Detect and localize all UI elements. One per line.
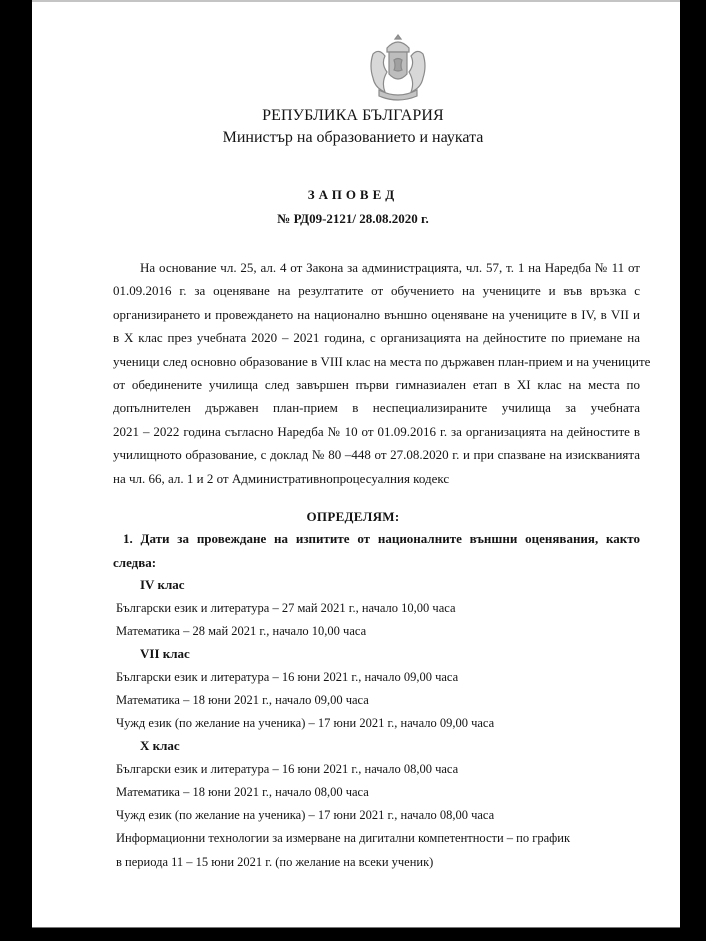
exam-entry: в периода 11 – 15 юни 2021 г. (по желани… xyxy=(116,855,433,870)
preamble-line: На основание чл. 25, ал. 4 от Закона за … xyxy=(113,256,640,279)
ministry-heading: Министър на образованието и науката xyxy=(0,129,706,147)
decision-heading: ОПРЕДЕЛЯМ: xyxy=(0,509,706,525)
exam-entry: Български език и литература – 16 юни 202… xyxy=(116,670,458,685)
order-number: № РД09-2121/ 28.08.2020 г. xyxy=(0,211,706,227)
exam-entry: Български език и литература – 16 юни 202… xyxy=(116,762,458,777)
item-1-line-2: следва: xyxy=(113,555,156,571)
exam-entry: Математика – 28 май 2021 г., начало 10,0… xyxy=(116,624,366,639)
preamble-paragraph: На основание чл. 25, ал. 4 от Закона за … xyxy=(113,256,640,490)
preamble-line: на чл. 66, ал. 1 и 2 от Административноп… xyxy=(113,467,640,490)
preamble-line: 01.09.2016 г. за оценяване на резултатит… xyxy=(113,279,640,302)
preamble-line: в X клас през учебната 2020 – 2021 годин… xyxy=(113,326,640,349)
exam-entry: Чужд език (по желание на ученика) – 17 ю… xyxy=(116,716,494,731)
coat-of-arms-icon xyxy=(365,32,431,104)
class-vii-heading: VII клас xyxy=(140,646,190,662)
preamble-line: ученици след основно образование в VIII … xyxy=(113,350,640,373)
class-iv-heading: IV клас xyxy=(140,577,185,593)
preamble-line: допълнителен държавен план-прием в неспе… xyxy=(113,396,640,419)
preamble-line: от обединените училища след завършен пър… xyxy=(113,373,640,396)
exam-entry: Математика – 18 юни 2021 г., начало 08,0… xyxy=(116,785,369,800)
item-1-line-1: 1. Дати за провеждане на изпитите от нац… xyxy=(123,531,640,547)
exam-entry: Информационни технологии за измерване на… xyxy=(116,831,570,846)
class-x-heading: X клас xyxy=(140,738,180,754)
exam-entry: Български език и литература – 27 май 202… xyxy=(116,601,456,616)
exam-entry: Математика – 18 юни 2021 г., начало 09,0… xyxy=(116,693,369,708)
preamble-line: 2021 – 2022 година съгласно Наредба № 10… xyxy=(113,420,640,443)
order-title: ЗАПОВЕД xyxy=(0,187,706,203)
preamble-line: организирането и провеждането на национа… xyxy=(113,303,640,326)
preamble-line: училищното образование, с доклад № 80 –4… xyxy=(113,443,640,466)
republic-heading: РЕПУБЛИКА БЪЛГАРИЯ xyxy=(0,107,706,125)
exam-entry: Чужд език (по желание на ученика) – 17 ю… xyxy=(116,808,494,823)
